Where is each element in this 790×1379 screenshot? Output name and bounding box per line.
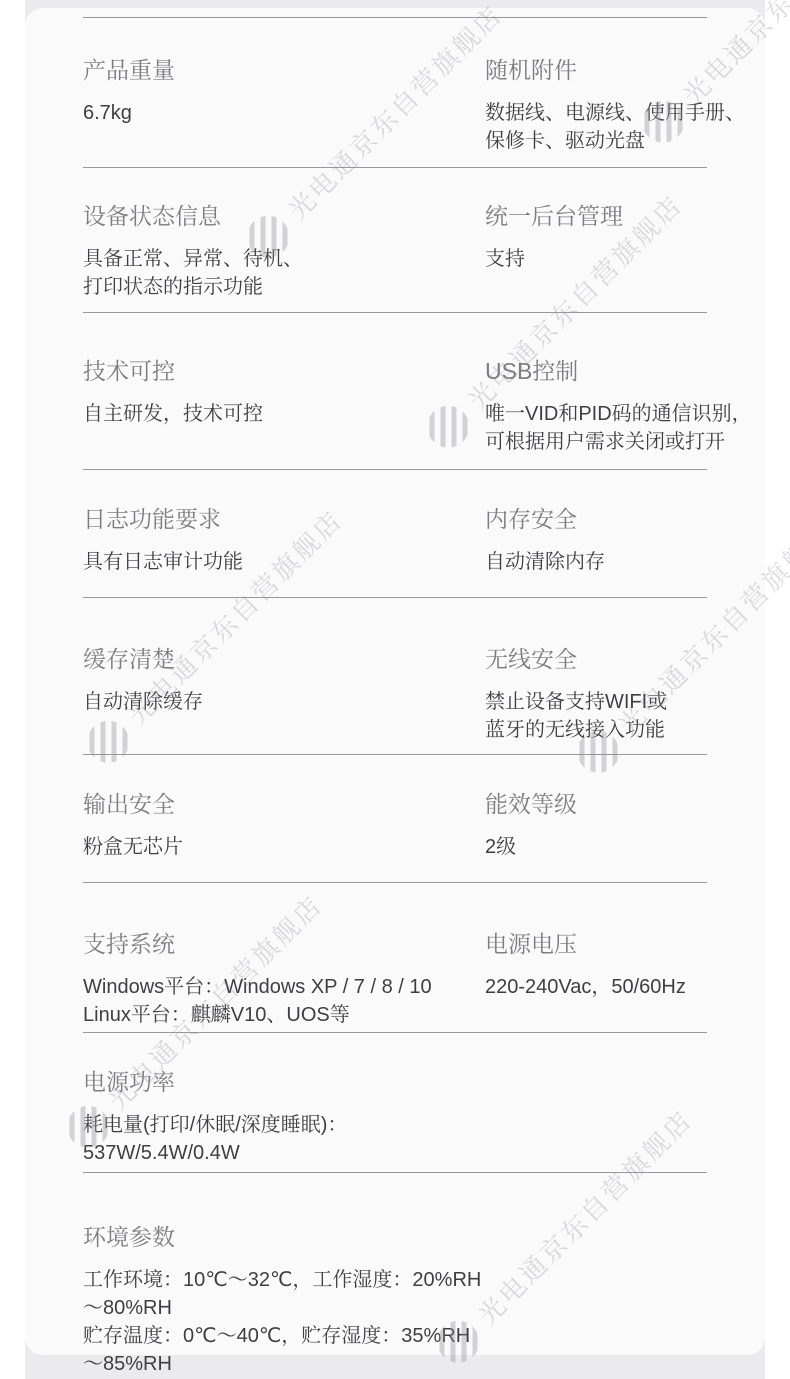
spec-section-device-status: 设备状态信息 具备正常、异常、待机、 打印状态的指示功能 统一后台管理 支持 <box>83 168 707 313</box>
section-title: 环境参数 <box>83 1223 707 1251</box>
section-body: 自动清除内存 <box>485 548 605 576</box>
spec-section-tech-control: 技术可控 自主研发，技术可控 USB控制 唯一VID和PID码的通信识别， 可根… <box>83 313 707 470</box>
spec-section-product-weight: 产品重量 6.7kg 随机附件 数据线、电源线、使用手册、 保修卡、驱动光盘 <box>83 17 707 168</box>
section-body: 粉盒无芯片 <box>83 833 183 861</box>
section-body: 自动清除缓存 <box>83 688 203 716</box>
spec-section-output-security: 输出安全 粉盒无芯片 能效等级 2级 <box>83 755 707 883</box>
section-body: 耗电量(打印/休眠/深度睡眠)： 537W/5.4W/0.4W <box>83 1111 485 1167</box>
spec-section-environment: 环境参数 工作环境：10℃～32℃，工作湿度：20%RH～80%RH 贮存温度：… <box>83 1173 707 1355</box>
section-body: 具有日志审计功能 <box>83 548 243 576</box>
spec-cell: 产品重量 6.7kg <box>83 56 485 155</box>
spec-cell: 缓存清楚 自动清除缓存 <box>83 645 485 744</box>
section-body: 2级 <box>485 833 516 861</box>
spec-cell: 无线安全 禁止设备支持WIFI或 蓝牙的无线接入功能 <box>485 645 755 744</box>
section-title: 输出安全 <box>83 790 485 818</box>
spec-cell: 内存安全 自动清除内存 <box>485 505 755 576</box>
section-title: 设备状态信息 <box>83 202 485 230</box>
spec-cell: 环境参数 工作环境：10℃～32℃，工作湿度：20%RH～80%RH 贮存温度：… <box>83 1223 707 1378</box>
section-title: 电源功率 <box>83 1068 707 1096</box>
section-title: 产品重量 <box>83 56 485 84</box>
spec-card: 产品重量 6.7kg 随机附件 数据线、电源线、使用手册、 保修卡、驱动光盘 设… <box>25 8 765 1355</box>
page-column: 产品重量 6.7kg 随机附件 数据线、电源线、使用手册、 保修卡、驱动光盘 设… <box>25 0 765 1379</box>
spec-cell: 能效等级 2级 <box>485 790 755 861</box>
spec-cell: 输出安全 粉盒无芯片 <box>83 790 485 861</box>
section-title: 统一后台管理 <box>485 202 755 230</box>
section-body: 支持 <box>485 245 525 273</box>
spec-cell: 设备状态信息 具备正常、异常、待机、 打印状态的指示功能 <box>83 202 485 301</box>
section-body: 禁止设备支持WIFI或 蓝牙的无线接入功能 <box>485 688 667 744</box>
section-body: 220-240Vac，50/60Hz <box>485 973 686 1001</box>
section-title: 电源电压 <box>485 930 755 958</box>
spec-section-log-function: 日志功能要求 具有日志审计功能 内存安全 自动清除内存 <box>83 470 707 598</box>
section-body: 工作环境：10℃～32℃，工作湿度：20%RH～80%RH 贮存温度：0℃～40… <box>83 1266 485 1378</box>
section-body: 具备正常、异常、待机、 打印状态的指示功能 <box>83 245 303 301</box>
section-body: 数据线、电源线、使用手册、 保修卡、驱动光盘 <box>485 99 745 155</box>
spec-section-power-consumption: 电源功率 耗电量(打印/休眠/深度睡眠)： 537W/5.4W/0.4W <box>83 1033 707 1173</box>
section-title: USB控制 <box>485 357 755 385</box>
spec-section-supported-systems: 支持系统 Windows平台：Windows XP / 7 / 8 / 10 L… <box>83 883 707 1033</box>
spec-cell: 电源电压 220-240Vac，50/60Hz <box>485 930 755 1029</box>
spec-cell: 统一后台管理 支持 <box>485 202 755 301</box>
section-title: 随机附件 <box>485 56 755 84</box>
section-body: 自主研发，技术可控 <box>83 400 263 428</box>
section-title: 无线安全 <box>485 645 755 673</box>
spec-section-cache-clear: 缓存清楚 自动清除缓存 无线安全 禁止设备支持WIFI或 蓝牙的无线接入功能 <box>83 598 707 755</box>
section-title: 日志功能要求 <box>83 505 485 533</box>
spec-cell: 电源功率 耗电量(打印/休眠/深度睡眠)： 537W/5.4W/0.4W <box>83 1068 707 1167</box>
spec-cell: USB控制 唯一VID和PID码的通信识别， 可根据用户需求关闭或打开 <box>485 357 755 456</box>
section-title: 支持系统 <box>83 930 485 958</box>
spec-cell: 随机附件 数据线、电源线、使用手册、 保修卡、驱动光盘 <box>485 56 755 155</box>
section-title: 能效等级 <box>485 790 755 818</box>
section-body: Windows平台：Windows XP / 7 / 8 / 10 Linux平… <box>83 973 432 1029</box>
section-body: 唯一VID和PID码的通信识别， 可根据用户需求关闭或打开 <box>485 400 752 456</box>
spec-cell: 支持系统 Windows平台：Windows XP / 7 / 8 / 10 L… <box>83 930 485 1029</box>
section-title: 缓存清楚 <box>83 645 485 673</box>
spec-cell: 日志功能要求 具有日志审计功能 <box>83 505 485 576</box>
section-title: 内存安全 <box>485 505 755 533</box>
section-body: 6.7kg <box>83 99 132 127</box>
section-title: 技术可控 <box>83 357 485 385</box>
spec-cell: 技术可控 自主研发，技术可控 <box>83 357 485 456</box>
